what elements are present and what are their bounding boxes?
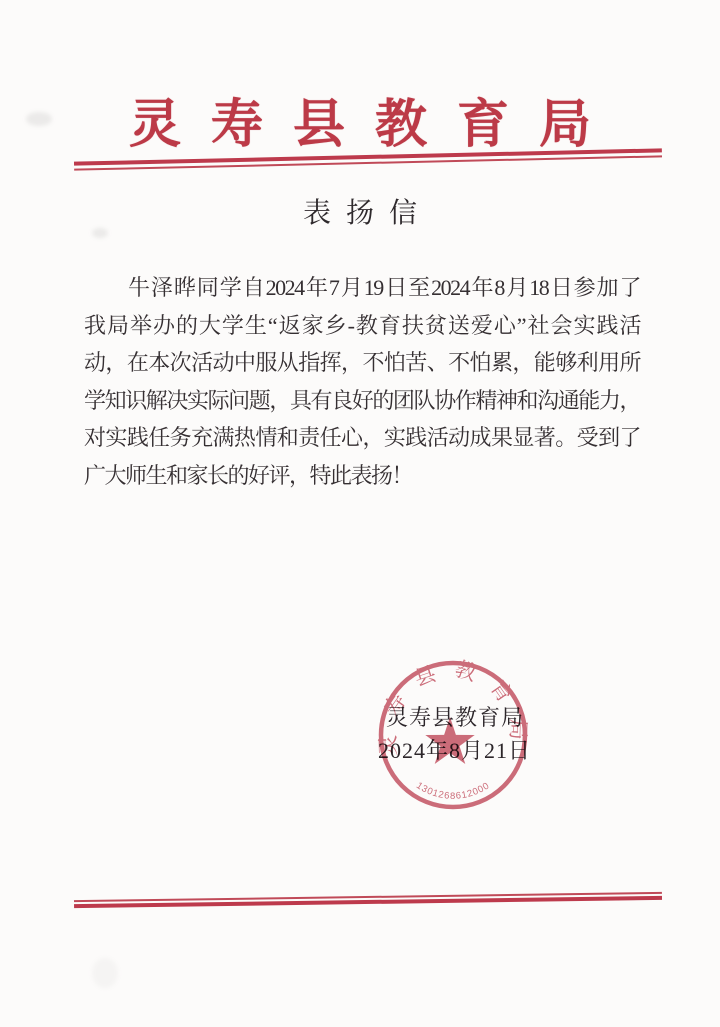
letterhead-title: 灵寿县教育局 bbox=[0, 82, 720, 157]
body-line: 动，在本次活动中服从指挥，不怕苦、不怕累，能够利用所 bbox=[84, 344, 640, 382]
body-line: 牛泽晔同学自2024年7月19日至2024年8月18日参加了 bbox=[84, 269, 640, 307]
body-line: 对实践任务充满热情和责任心，实践活动成果显著。受到了 bbox=[84, 419, 640, 457]
letter-body: 牛泽晔同学自2024年7月19日至2024年8月18日参加了 我局举办的大学生“… bbox=[84, 269, 640, 494]
seal-number: 1301268612000 bbox=[414, 780, 492, 802]
scan-artifact bbox=[92, 958, 118, 988]
body-line: 我局举办的大学生“返家乡-教育扶贫送爱心”社会实践活 bbox=[84, 307, 640, 345]
body-line: 学知识解决实际问题，具有良好的团队协作精神和沟通能力， bbox=[84, 382, 640, 420]
seal-star-icon bbox=[425, 717, 474, 764]
scan-artifact bbox=[92, 228, 108, 238]
scan-artifact bbox=[26, 112, 52, 126]
body-line: 广大师生和家长的好评，特此表扬！ bbox=[84, 457, 640, 495]
official-seal: 灵寿县教育局 1301268612000 bbox=[376, 658, 532, 814]
seal-number-holder: 1301268612000 bbox=[414, 780, 492, 802]
footer-divider bbox=[74, 892, 662, 908]
letter-title: 表扬信 bbox=[0, 191, 720, 231]
scanned-letter-page: 灵寿县教育局 表扬信 牛泽晔同学自2024年7月19日至2024年8月18日参加… bbox=[0, 0, 720, 1027]
